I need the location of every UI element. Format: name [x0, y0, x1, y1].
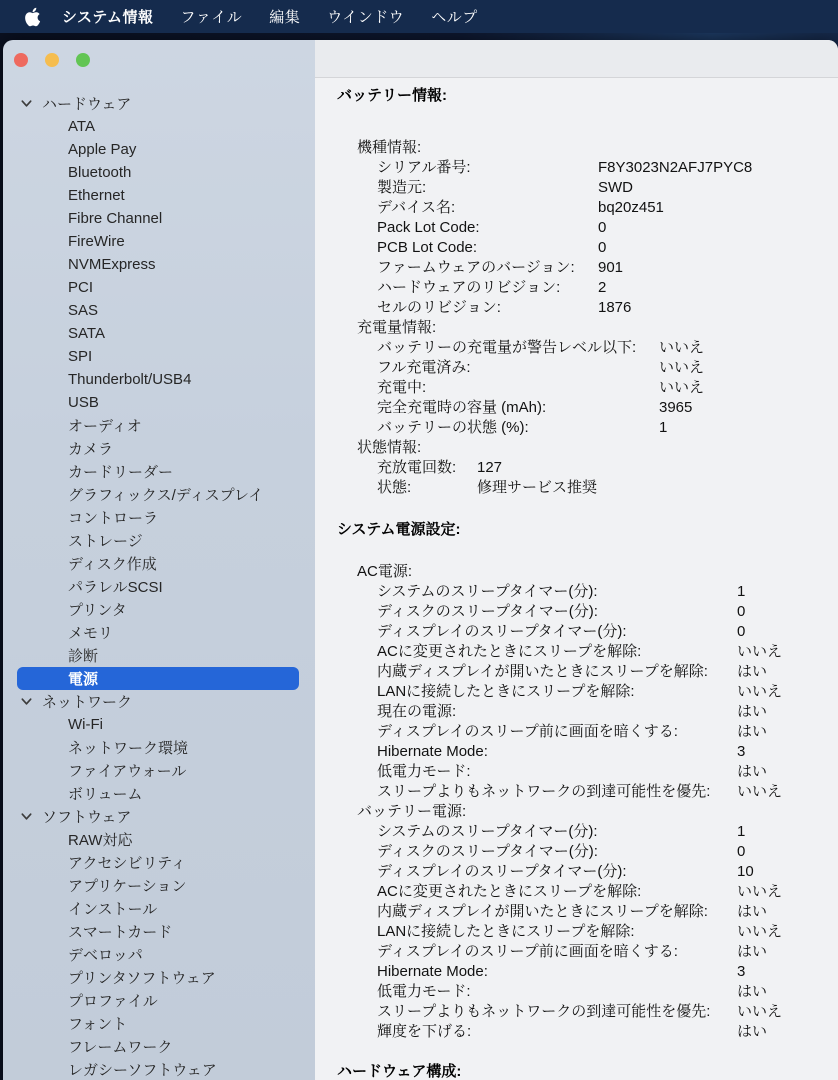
- software-items: RAW対応アクセシビリティアプリケーションインストールスマートカードデベロッパプ…: [3, 828, 315, 1080]
- system-information-window: ハードウェア ATAApple PayBluetoothEthernetFibr…: [3, 40, 838, 1080]
- info-row: ACに変更されたときにスリープを解除:いいえ: [337, 642, 838, 662]
- sidebar-item[interactable]: Ethernet: [3, 184, 315, 207]
- info-label: 輝度を下げる:: [377, 1022, 737, 1042]
- sidebar-item-label: PCI: [68, 279, 93, 296]
- info-value: 901: [598, 258, 623, 278]
- sidebar-item-label: Thunderbolt/USB4: [68, 371, 191, 388]
- info-label: スリープよりもネットワークの到達可能性を優先:: [377, 1002, 737, 1022]
- charge-info-rows: バッテリーの充電量が警告レベル以下:いいえフル充電済み:いいえ充電中:いいえ完全…: [337, 338, 838, 438]
- info-label: LANに接続したときにスリープを解除:: [377, 682, 737, 702]
- info-row: 輝度を下げる:はい: [337, 1022, 838, 1042]
- chevron-down-icon[interactable]: [20, 97, 33, 110]
- sidebar-item[interactable]: アプリケーション: [3, 874, 315, 897]
- info-value: SWD: [598, 178, 633, 198]
- info-value: 1: [737, 822, 745, 842]
- info-value: いいえ: [737, 782, 782, 802]
- sidebar-item[interactable]: 診断: [3, 644, 315, 667]
- sidebar-group-label: ネットワーク: [42, 691, 132, 712]
- info-row: LANに接続したときにスリープを解除:いいえ: [337, 922, 838, 942]
- sidebar-item-label: アプリケーション: [68, 875, 187, 896]
- info-label: ディスプレイのスリープタイマー(分):: [377, 622, 737, 642]
- sidebar-item-label: ボリューム: [68, 783, 143, 804]
- sidebar-item[interactable]: Apple Pay: [3, 138, 315, 161]
- info-row: ディスクのスリープタイマー(分):0: [337, 842, 838, 862]
- info-value: 修理サービス推奨: [477, 478, 597, 498]
- info-row: Hibernate Mode:3: [337, 742, 838, 762]
- sidebar-item[interactable]: NVMExpress: [3, 253, 315, 276]
- info-value: いいえ: [659, 378, 704, 398]
- sidebar-item-label: プリンタ: [68, 599, 127, 620]
- sidebar-item[interactable]: カードリーダー: [3, 460, 315, 483]
- info-label: ディスプレイのスリープ前に画面を暗くする:: [377, 722, 737, 742]
- sidebar-item[interactable]: SPI: [3, 345, 315, 368]
- sidebar-item[interactable]: スマートカード: [3, 920, 315, 943]
- sidebar-item-label: デベロッパ: [68, 944, 143, 965]
- info-label: 現在の電源:: [377, 702, 737, 722]
- info-label: ディスプレイのスリープ前に画面を暗くする:: [377, 942, 737, 962]
- sidebar-item-label: NVMExpress: [68, 256, 156, 273]
- sidebar-group-network[interactable]: ネットワーク: [3, 690, 315, 713]
- sidebar-item-label: Bluetooth: [68, 164, 131, 181]
- info-label: ディスクのスリープタイマー(分):: [377, 602, 737, 622]
- info-row: バッテリーの充電量が警告レベル以下:いいえ: [337, 338, 838, 358]
- info-label: 低電力モード:: [377, 982, 737, 1002]
- info-value: 2: [598, 278, 606, 298]
- sidebar-item-label: カメラ: [68, 438, 113, 459]
- info-value: いいえ: [737, 682, 782, 702]
- minimize-button[interactable]: [45, 53, 59, 67]
- info-row: ディスプレイのスリープ前に画面を暗くする:はい: [337, 942, 838, 962]
- info-label: デバイス名:: [377, 198, 598, 218]
- info-value: 0: [598, 238, 606, 258]
- info-row: Hibernate Mode:3: [337, 962, 838, 982]
- sidebar-item-label: ディスク作成: [68, 553, 157, 574]
- close-button[interactable]: [14, 53, 28, 67]
- info-label: ACに変更されたときにスリープを解除:: [377, 882, 737, 902]
- info-label: ハードウェアのリビジョン:: [377, 278, 598, 298]
- info-value: はい: [737, 762, 767, 782]
- info-label: バッテリーの充電量が警告レベル以下:: [377, 338, 659, 358]
- info-row: システムのスリープタイマー(分):1: [337, 822, 838, 842]
- category-tree: ハードウェア ATAApple PayBluetoothEthernetFibr…: [3, 92, 315, 1080]
- sidebar-item-label: グラフィックス/ディスプレイ: [68, 484, 263, 505]
- menu-item[interactable]: システム情報: [62, 6, 154, 27]
- sidebar-item[interactable]: オーディオ: [3, 414, 315, 437]
- info-row: セルのリビジョン:1876: [337, 298, 838, 318]
- model-info-rows: シリアル番号:F8Y3023N2AFJ7PYC8製造元:SWDデバイス名:bq2…: [337, 158, 838, 318]
- sidebar-item-label: 電源: [68, 668, 98, 689]
- info-row: システムのスリープタイマー(分):1: [337, 582, 838, 602]
- sidebar-item-label: カードリーダー: [68, 461, 173, 482]
- sidebar-item[interactable]: Thunderbolt/USB4: [3, 368, 315, 391]
- menu-bar: システム情報ファイル編集ウインドウヘルプ: [0, 0, 838, 33]
- info-row: 状態:修理サービス推奨: [337, 478, 838, 498]
- info-value: 10: [737, 862, 754, 882]
- info-value: 3: [737, 962, 745, 982]
- info-row: ハードウェアのリビジョン:2: [337, 278, 838, 298]
- charge-info-header: 充電量情報:: [337, 318, 838, 338]
- info-row: ディスプレイのスリープタイマー(分):0: [337, 622, 838, 642]
- sidebar-item-label: RAW対応: [68, 829, 132, 850]
- info-value: いいえ: [659, 358, 704, 378]
- sidebar-item[interactable]: プリンタ: [3, 598, 315, 621]
- apple-menu-icon[interactable]: [24, 7, 41, 27]
- info-value: はい: [737, 662, 767, 682]
- sidebar-item-label: Ethernet: [68, 187, 125, 204]
- info-row: 内蔵ディスプレイが開いたときにスリープを解除:はい: [337, 662, 838, 682]
- info-row: シリアル番号:F8Y3023N2AFJ7PYC8: [337, 158, 838, 178]
- sidebar-item-label: フォント: [68, 1013, 127, 1034]
- sidebar-item-label: パラレルSCSI: [68, 576, 163, 597]
- zoom-button[interactable]: [76, 53, 90, 67]
- sidebar-group-software[interactable]: ソフトウェア: [3, 805, 315, 828]
- info-value: 1876: [598, 298, 631, 318]
- info-row: 充放電回数:127: [337, 458, 838, 478]
- sidebar-item-label: Fibre Channel: [68, 210, 162, 227]
- info-label: システムのスリープタイマー(分):: [377, 822, 737, 842]
- info-value: はい: [737, 702, 767, 722]
- info-label: シリアル番号:: [377, 158, 598, 178]
- sidebar-item[interactable]: ストレージ: [3, 529, 315, 552]
- menu-items: システム情報ファイル編集ウインドウヘルプ: [41, 6, 478, 27]
- menu-item[interactable]: ファイル: [181, 6, 243, 27]
- info-label: Pack Lot Code:: [377, 218, 598, 238]
- sidebar-item[interactable]: ディスク作成: [3, 552, 315, 575]
- battery-power-rows: システムのスリープタイマー(分):1ディスクのスリープタイマー(分):0ディスプ…: [337, 822, 838, 1042]
- battery-power-header: バッテリー電源:: [337, 802, 838, 822]
- info-label: 内蔵ディスプレイが開いたときにスリープを解除:: [377, 662, 737, 682]
- info-value: 1: [737, 582, 745, 602]
- info-row: デバイス名:bq20z451: [337, 198, 838, 218]
- menu-item[interactable]: 編集: [269, 6, 300, 27]
- info-row: フル充電済み:いいえ: [337, 358, 838, 378]
- info-label: バッテリーの状態 (%):: [377, 418, 659, 438]
- info-value: 0: [737, 602, 745, 622]
- sidebar-item-label: ネットワーク環境: [68, 737, 188, 758]
- info-value: F8Y3023N2AFJ7PYC8: [598, 158, 752, 178]
- sidebar-item-label: アクセシビリティ: [68, 852, 186, 873]
- ac-power-rows: システムのスリープタイマー(分):1ディスクのスリープタイマー(分):0ディスプ…: [337, 582, 838, 802]
- sidebar-item[interactable]: USB: [3, 391, 315, 414]
- power-settings-title: システム電源設定:: [337, 520, 838, 540]
- sidebar-item[interactable]: パラレルSCSI: [3, 575, 315, 598]
- info-value: bq20z451: [598, 198, 664, 218]
- info-row: LANに接続したときにスリープを解除:いいえ: [337, 682, 838, 702]
- info-row: Pack Lot Code:0: [337, 218, 838, 238]
- info-label: Hibernate Mode:: [377, 962, 737, 982]
- info-label: LANに接続したときにスリープを解除:: [377, 922, 737, 942]
- info-value: いいえ: [659, 338, 704, 358]
- info-row: 現在の電源:はい: [337, 702, 838, 722]
- info-label: Hibernate Mode:: [377, 742, 737, 762]
- sidebar-item[interactable]: フォント: [3, 1012, 315, 1035]
- sidebar-item[interactable]: メモリ: [3, 621, 315, 644]
- info-value: いいえ: [737, 1002, 782, 1022]
- info-row: ACに変更されたときにスリープを解除:いいえ: [337, 882, 838, 902]
- state-info-rows: 充放電回数:127状態:修理サービス推奨: [337, 458, 838, 498]
- sidebar-item-label: ATA: [68, 118, 95, 135]
- info-value: 1: [659, 418, 667, 438]
- hardware-config-title: ハードウェア構成:: [337, 1062, 838, 1080]
- info-row: ディスクのスリープタイマー(分):0: [337, 602, 838, 622]
- power-report: バッテリー情報: 機種情報: シリアル番号:F8Y3023N2AFJ7PYC8製…: [315, 78, 838, 1080]
- model-info-header: 機種情報:: [337, 138, 838, 158]
- info-row: スリープよりもネットワークの到達可能性を優先:いいえ: [337, 1002, 838, 1022]
- sidebar-item[interactable]: ネットワーク環境: [3, 736, 315, 759]
- sidebar-item-label: Wi-Fi: [68, 716, 103, 733]
- info-value: はい: [737, 982, 767, 1002]
- window-controls: [14, 53, 107, 67]
- info-row: 完全充電時の容量 (mAh):3965: [337, 398, 838, 418]
- sidebar: ハードウェア ATAApple PayBluetoothEthernetFibr…: [3, 40, 315, 1080]
- info-label: PCB Lot Code:: [377, 238, 598, 258]
- network-items: Wi-Fiネットワーク環境ファイアウォールボリューム: [3, 713, 315, 805]
- menu-item[interactable]: ウインドウ: [327, 6, 404, 27]
- window-title-bar: [315, 40, 838, 78]
- sidebar-item[interactable]: Fibre Channel: [3, 207, 315, 230]
- content-pane: バッテリー情報: 機種情報: シリアル番号:F8Y3023N2AFJ7PYC8製…: [315, 40, 838, 1080]
- info-label: スリープよりもネットワークの到達可能性を優先:: [377, 782, 737, 802]
- sidebar-item[interactable]: プロファイル: [3, 989, 315, 1012]
- info-value: 0: [737, 842, 745, 862]
- info-value: 3: [737, 742, 745, 762]
- sidebar-item-label: メモリ: [68, 622, 113, 643]
- info-value: 3965: [659, 398, 692, 418]
- sidebar-item-label: ストレージ: [68, 530, 143, 551]
- info-row: 低電力モード:はい: [337, 982, 838, 1002]
- sidebar-item-label: 診断: [68, 645, 98, 666]
- info-label: システムのスリープタイマー(分):: [377, 582, 737, 602]
- info-label: ACに変更されたときにスリープを解除:: [377, 642, 737, 662]
- info-row: PCB Lot Code:0: [337, 238, 838, 258]
- sidebar-item[interactable]: フレームワーク: [3, 1035, 315, 1058]
- info-row: 製造元:SWD: [337, 178, 838, 198]
- sidebar-item[interactable]: RAW対応: [3, 828, 315, 851]
- sidebar-item[interactable]: PCI: [3, 276, 315, 299]
- info-value: 127: [477, 458, 502, 478]
- sidebar-item[interactable]: ファイアウォール: [3, 759, 315, 782]
- info-value: 0: [737, 622, 745, 642]
- info-row: バッテリーの状態 (%):1: [337, 418, 838, 438]
- info-value: いいえ: [737, 642, 782, 662]
- sidebar-item-label: SAS: [68, 302, 98, 319]
- sidebar-item-label: プリンタソフトウェア: [68, 967, 216, 988]
- sidebar-item-label: インストール: [68, 898, 157, 919]
- info-label: セルのリビジョン:: [377, 298, 598, 318]
- info-row: ディスプレイのスリープ前に画面を暗くする:はい: [337, 722, 838, 742]
- info-label: 低電力モード:: [377, 762, 737, 782]
- sidebar-item-label: Apple Pay: [68, 141, 136, 158]
- info-row: 内蔵ディスプレイが開いたときにスリープを解除:はい: [337, 902, 838, 922]
- sidebar-item-label: コントローラ: [68, 507, 158, 528]
- info-value: はい: [737, 1022, 767, 1042]
- info-value: はい: [737, 902, 767, 922]
- info-label: ファームウェアのバージョン:: [377, 258, 598, 278]
- info-row: ディスプレイのスリープタイマー(分):10: [337, 862, 838, 882]
- chevron-down-icon[interactable]: [20, 810, 33, 823]
- battery-info-title: バッテリー情報:: [337, 86, 838, 106]
- sidebar-item[interactable]: Bluetooth: [3, 161, 315, 184]
- sidebar-group-label: ソフトウェア: [42, 806, 131, 827]
- sidebar-item[interactable]: ボリューム: [3, 782, 315, 805]
- menu-item[interactable]: ヘルプ: [431, 6, 478, 27]
- info-row: 低電力モード:はい: [337, 762, 838, 782]
- sidebar-item-label: フレームワーク: [68, 1036, 172, 1057]
- info-label: フル充電済み:: [377, 358, 659, 378]
- info-value: 0: [598, 218, 606, 238]
- sidebar-item-label: スマートカード: [68, 921, 172, 942]
- sidebar-item-label: プロファイル: [68, 990, 158, 1011]
- sidebar-item[interactable]: デベロッパ: [3, 943, 315, 966]
- sidebar-item-label: ファイアウォール: [68, 760, 186, 781]
- sidebar-item[interactable]: カメラ: [3, 437, 315, 460]
- info-label: 充電中:: [377, 378, 659, 398]
- sidebar-group-hardware[interactable]: ハードウェア: [3, 92, 315, 115]
- sidebar-item[interactable]: ATA: [3, 115, 315, 138]
- sidebar-item-label: オーディオ: [68, 415, 142, 436]
- sidebar-item-label: レガシーソフトウェア: [68, 1059, 217, 1080]
- info-label: 完全充電時の容量 (mAh):: [377, 398, 659, 418]
- sidebar-item[interactable]: アクセシビリティ: [3, 851, 315, 874]
- info-label: 充放電回数:: [377, 458, 477, 478]
- sidebar-item[interactable]: SAS: [3, 299, 315, 322]
- sidebar-item[interactable]: Wi-Fi: [3, 713, 315, 736]
- info-row: ファームウェアのバージョン:901: [337, 258, 838, 278]
- state-info-header: 状態情報:: [337, 438, 838, 458]
- info-value: いいえ: [737, 922, 782, 942]
- info-label: 状態:: [377, 478, 477, 498]
- sidebar-item[interactable]: グラフィックス/ディスプレイ: [3, 483, 315, 506]
- info-label: ディスプレイのスリープタイマー(分):: [377, 862, 737, 882]
- sidebar-item[interactable]: インストール: [3, 897, 315, 920]
- info-label: ディスクのスリープタイマー(分):: [377, 842, 737, 862]
- info-row: スリープよりもネットワークの到達可能性を優先:いいえ: [337, 782, 838, 802]
- hardware-items: ATAApple PayBluetoothEthernetFibre Chann…: [3, 115, 315, 690]
- sidebar-item[interactable]: 電源: [17, 667, 299, 690]
- chevron-down-icon[interactable]: [20, 695, 33, 708]
- ac-power-header: AC電源:: [337, 562, 838, 582]
- sidebar-item-label: SATA: [68, 325, 105, 342]
- info-row: 充電中:いいえ: [337, 378, 838, 398]
- sidebar-item[interactable]: FireWire: [3, 230, 315, 253]
- sidebar-group-label: ハードウェア: [42, 93, 131, 114]
- sidebar-item-label: FireWire: [68, 233, 125, 250]
- sidebar-item[interactable]: SATA: [3, 322, 315, 345]
- info-value: いいえ: [737, 882, 782, 902]
- sidebar-item[interactable]: レガシーソフトウェア: [3, 1058, 315, 1080]
- sidebar-item-label: USB: [68, 394, 99, 411]
- info-label: 内蔵ディスプレイが開いたときにスリープを解除:: [377, 902, 737, 922]
- info-value: はい: [737, 942, 767, 962]
- sidebar-item[interactable]: プリンタソフトウェア: [3, 966, 315, 989]
- sidebar-item[interactable]: コントローラ: [3, 506, 315, 529]
- info-label: 製造元:: [377, 178, 598, 198]
- sidebar-item-label: SPI: [68, 348, 92, 365]
- info-value: はい: [737, 722, 767, 742]
